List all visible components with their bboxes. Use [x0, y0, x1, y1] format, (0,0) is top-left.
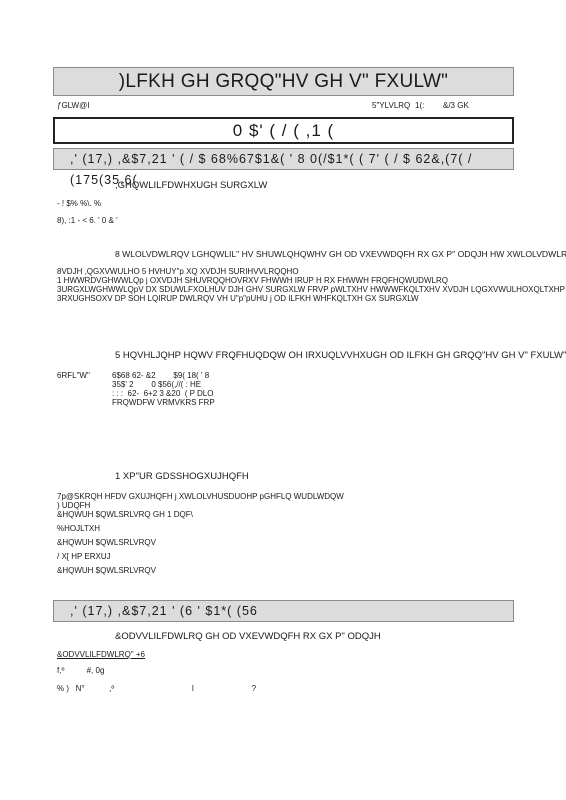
supplier-email[interactable]: FRQWDFW VRMVKRS FRP	[112, 398, 215, 407]
section-1-header: ,' (17,) ,&$7,21 ' ( / $ 68%67$1&( ' 8 0…	[53, 148, 514, 170]
supplier-line: 35$' 2 0 $56(,//( : HE	[112, 380, 201, 389]
emergency-country: / X[ HP ERXUJ	[57, 552, 111, 561]
emergency-centre: &HQWUH $QWLSRLVRQV	[57, 566, 156, 575]
version-label: 1(:	[415, 101, 424, 110]
reference-label: &/3 GK	[443, 101, 469, 110]
revision-label: 5"YLVLRQ	[372, 101, 410, 110]
product-ufi: 8), :1 - < 6. ' 0 & '	[57, 216, 118, 225]
use-line: 1 HWWRDVGHWWLQp j OXVDJH SHUVRQQHOVRXV F…	[57, 276, 448, 285]
emergency-line: 7p@SKRQH HFDV GXUJHQFH j XWLOLVHUSDUOHP …	[57, 492, 344, 501]
product-code: - ! $% %\. %	[57, 199, 101, 208]
subsection-product-identifier-heading: ,GHQWLILFDWHXUGH SURGXLW	[115, 180, 267, 191]
supplier-line: : : : 62- 6+2 3 &20 ( P DLO	[112, 389, 213, 398]
emergency-country: %HOJLTXH	[57, 524, 100, 533]
use-line: 3RXUGHSOXV DP SOH LQIRUP DWLRQV VH U"p"p…	[57, 294, 419, 303]
classification-line: % ) N° ,º l ?	[57, 684, 256, 693]
supplier-label: 6RFL"W"	[57, 371, 90, 380]
section-2-header: ,' (17,) ,&$7,21 ' (6 ' $1*( (56	[53, 600, 514, 622]
document-title: )LFKH GH GRQQ"HV GH V" FXULW"	[53, 67, 514, 96]
emergency-centre: &HQWUH $QWLSRLVRQV	[57, 538, 156, 547]
use-line: 8VDJH ,QGXVWULHO 5 HVHUY"p XQ XVDJH SURI…	[57, 267, 299, 276]
classification-line: f,º #, 0g	[57, 666, 104, 675]
emergency-country: ) UDQFH	[57, 501, 90, 510]
subsection-classification-heading: &ODVVLILFDWLRQ GH OD VXEVWDQFH RX GX P" …	[115, 631, 381, 642]
subsection-uses-heading: 8 WLOLVDWLRQV LGHQWLIL" HV SHUWLQHQWHV G…	[115, 249, 566, 259]
emergency-centre: &HQWUH $QWLSRLVRQ GH 1 DQF\	[57, 510, 193, 519]
subsection-supplier-heading: 5 HQVHLJQHP HQWV FRQFHUQDQW OH IRXUQLVVH…	[115, 350, 566, 361]
classification-ghs-label: &ODVVLILFDWLRQ" +6	[57, 650, 145, 659]
product-name: 0 $' ( / ( ,1 (	[53, 117, 514, 144]
subsection-emergency-heading: 1 XP"UR GDSSHOGXUJHQFH	[115, 471, 249, 482]
supplier-line: 6$68 62- &2 $9( 18( ' 8	[112, 371, 209, 380]
edition-date: ƒGLW@I	[57, 101, 89, 110]
use-line: 3URGXLWGHWWLQpV DX SDUWLFXOLHUV DJH GHV …	[57, 285, 566, 294]
